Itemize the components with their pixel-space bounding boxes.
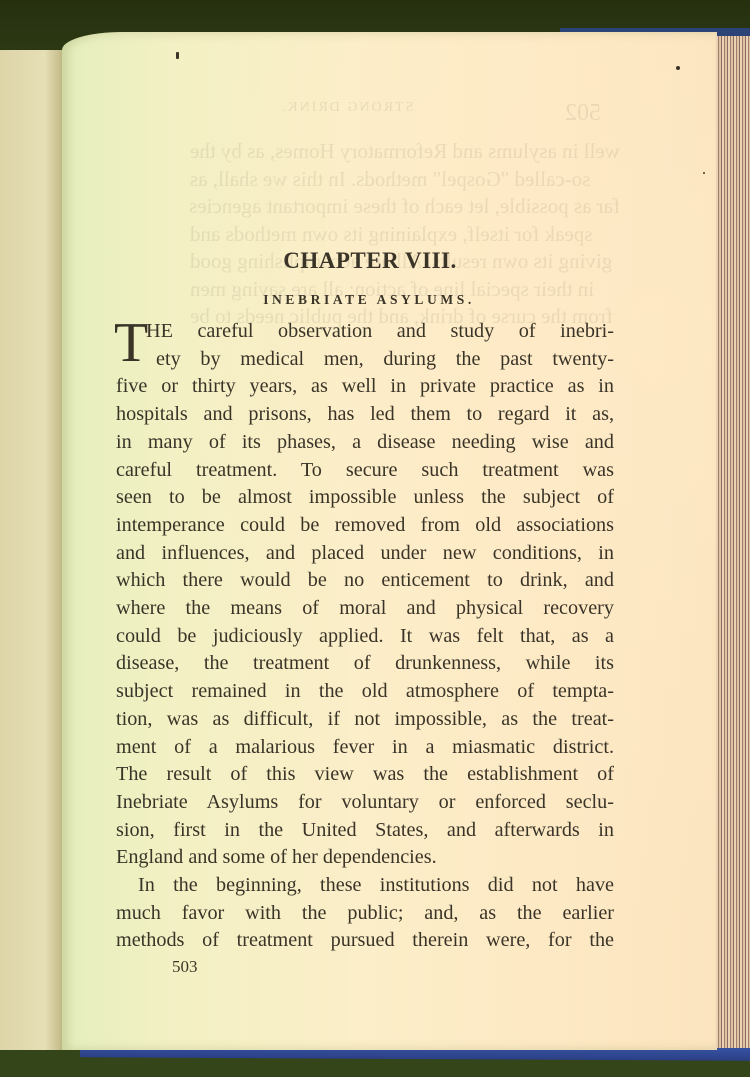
bleed-through-running-head: STRONG DRINK. <box>280 94 413 122</box>
text-line: hospitals and prisons, has led them to r… <box>116 401 614 429</box>
ink-speck <box>703 172 705 174</box>
text-line: Inebriate Asylums for voluntary or enfor… <box>116 789 614 817</box>
text-line: which there would be no enticement to dr… <box>116 567 614 595</box>
text-line: HE careful observation and study of ineb… <box>116 318 614 346</box>
bleed-line: well in asylums and Reformatory Homes, a… <box>190 138 620 166</box>
text-line: and influences, and placed under new con… <box>116 540 614 568</box>
text-line: ety by medical men, during the past twen… <box>116 346 614 374</box>
text-line: subject remained in the old atmosphere o… <box>116 678 614 706</box>
text-line: methods of treatment pursued therein wer… <box>116 927 614 955</box>
ink-speck <box>176 52 179 59</box>
facing-page-left <box>0 50 65 1050</box>
ink-speck <box>676 66 680 70</box>
text-line: sion, first in the United States, and af… <box>116 817 614 845</box>
paragraph-1: T HE careful observation and study of in… <box>116 318 614 872</box>
paragraph-2: In the beginning, these institutions did… <box>116 872 614 955</box>
text-line: ment of a malarious fever in a miasmatic… <box>116 734 614 762</box>
text-line: five or thirty years, as well in private… <box>116 373 614 401</box>
text-line: much favor with the public; and, as the … <box>116 900 614 928</box>
text-line: disease, the treatment of drunkenness, w… <box>116 650 614 678</box>
text-line: in many of its phases, a disease needing… <box>116 429 614 457</box>
page-fore-edge <box>716 36 750 1048</box>
bleed-line: so-called "Gospel" methods. In this we s… <box>190 166 620 194</box>
page-text: CHAPTER VIII. INEBRIATE ASYLUMS. T HE ca… <box>116 240 614 955</box>
bleed-through-page-number: 502 <box>565 100 601 128</box>
page-number: 503 <box>172 957 198 977</box>
text-line: could be judiciously applied. It was fel… <box>116 623 614 651</box>
text-line: The result of this view was the establis… <box>116 761 614 789</box>
chapter-title: CHAPTER VIII. <box>116 240 614 282</box>
text-line: careful treatment. To secure such treatm… <box>116 457 614 485</box>
text-line: where the means of moral and physical re… <box>116 595 614 623</box>
text-line: seen to be almost impossible unless the … <box>116 484 614 512</box>
text-line: intemperance could be removed from old a… <box>116 512 614 540</box>
text-line: England and some of her dependencies. <box>116 844 614 872</box>
text-line: tion, was as difficult, if not impossibl… <box>116 706 614 734</box>
section-title: INEBRIATE ASYLUMS. <box>116 282 614 318</box>
text-line: In the beginning, these institutions did… <box>116 872 614 900</box>
bleed-line: far as possible, let each of these impor… <box>190 193 620 221</box>
drop-cap: T <box>114 320 148 366</box>
